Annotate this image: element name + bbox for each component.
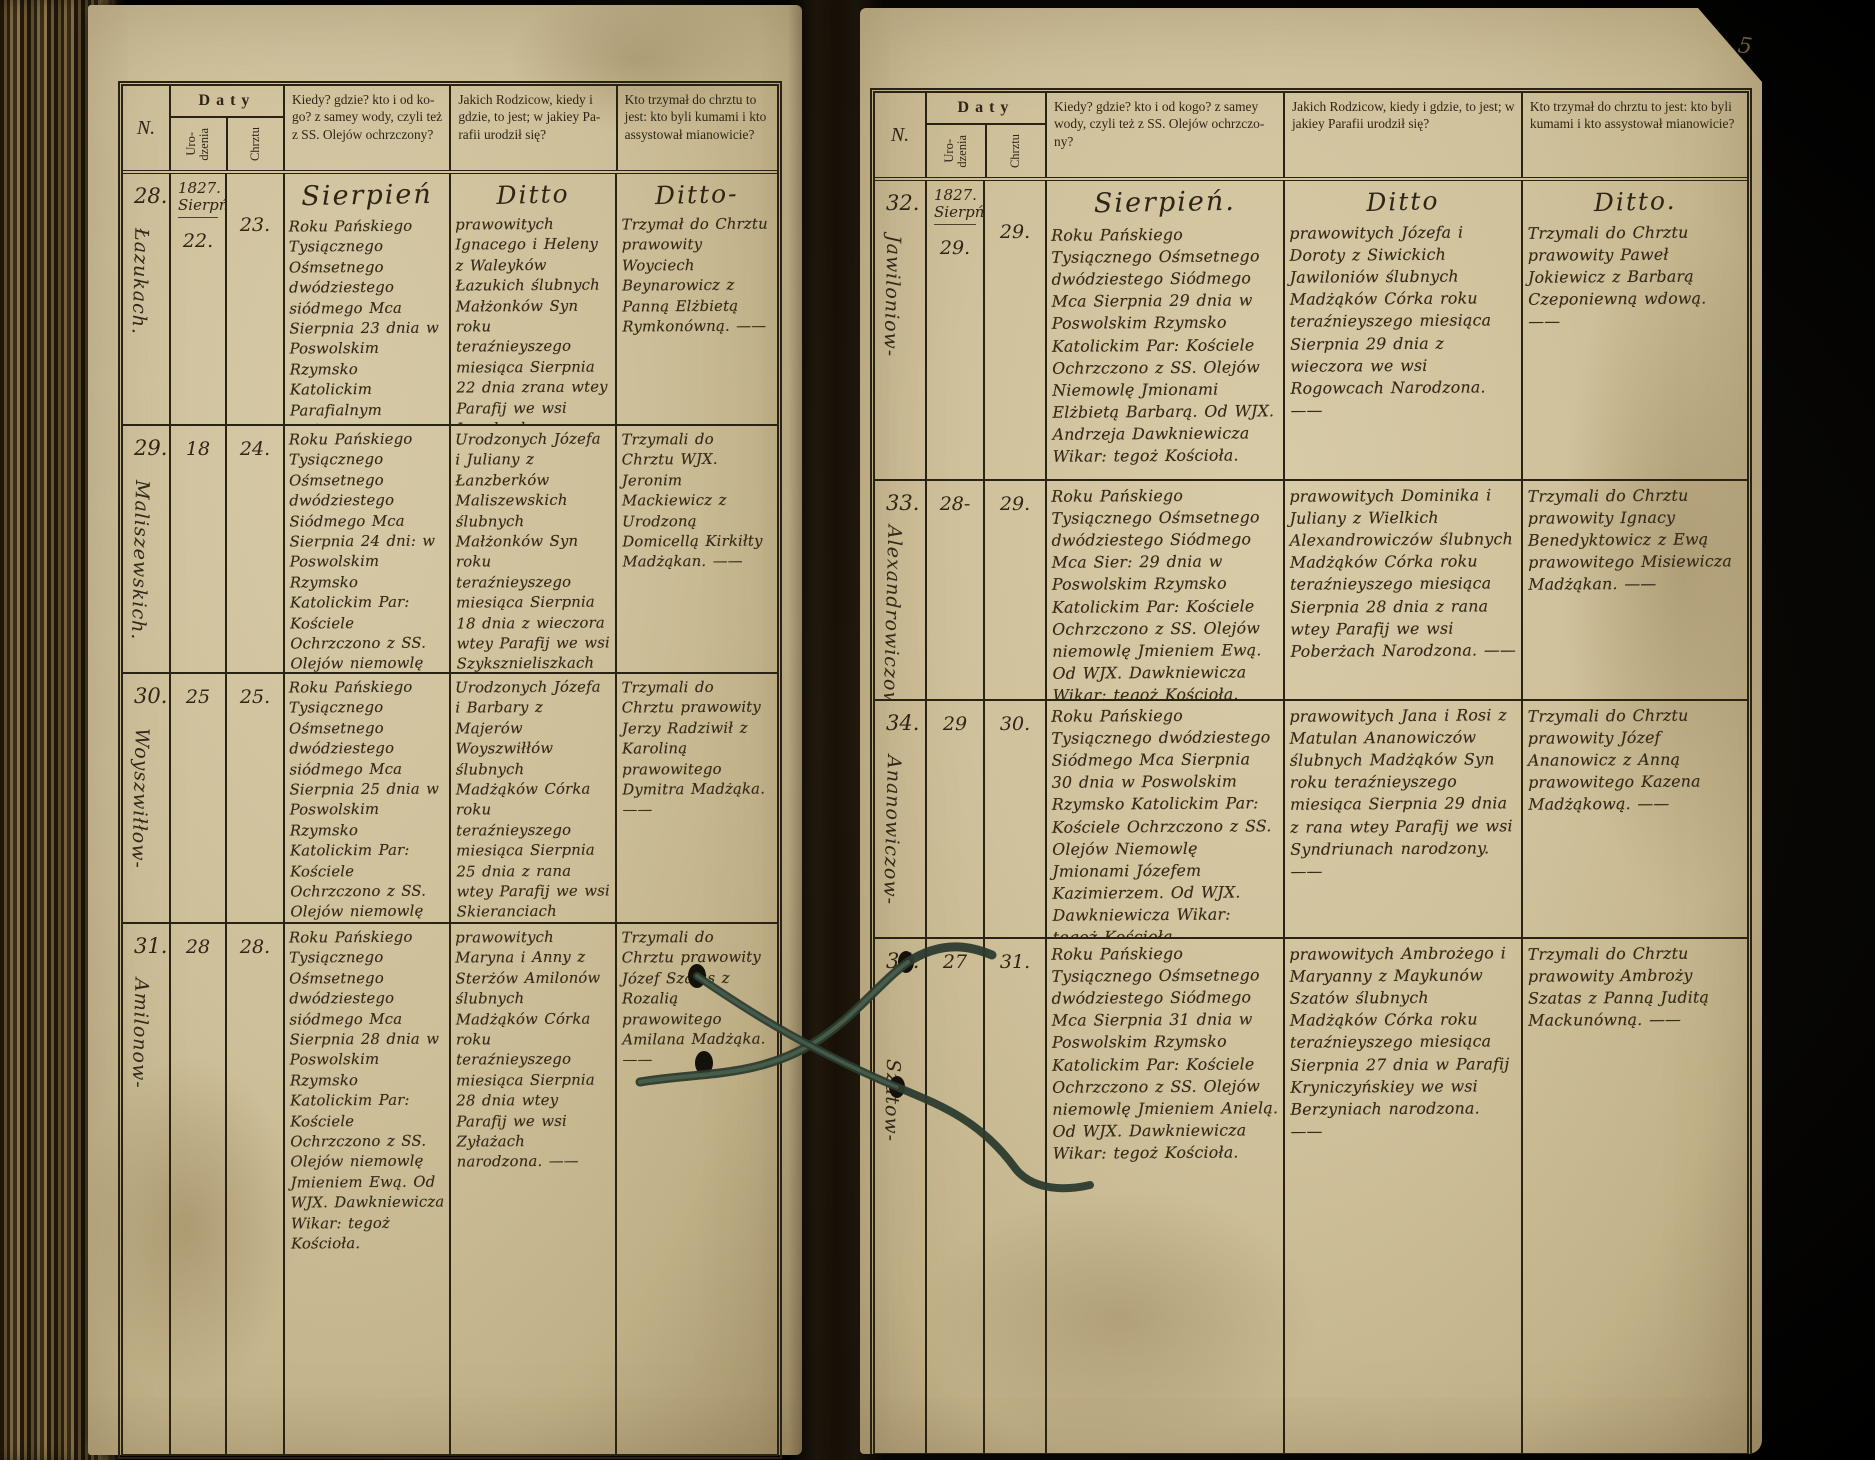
- sponsors-record: Trzymali do Chrztu prawowity Józef Szała…: [622, 927, 773, 1071]
- margin-surname: Woyszwiłłow-: [127, 728, 153, 869]
- baptism-day: 25.: [232, 678, 278, 708]
- header-godparents: Kto trzymał do chrztu to jest: kto byli …: [1523, 93, 1747, 135]
- entry-number: 33.: [880, 485, 920, 515]
- birth-day: 29: [932, 705, 978, 735]
- month-title: Sierpień.: [1052, 183, 1278, 226]
- header-godparents: Kto trzymał do chrztu to jest: kto byli …: [618, 86, 777, 145]
- birth-day: 22.: [176, 222, 220, 252]
- margin-surname: Ananowiczow-: [879, 755, 905, 906]
- left-page: N. Daty Uro- dzenia Chrztu Kiedy? gdzie?…: [88, 5, 802, 1455]
- header-born: Uro- dzenia: [943, 135, 969, 168]
- header-born: Uro- dzenia: [185, 128, 211, 161]
- sponsors-record: Trzymali do Chrztu prawowity Ambroży Sza…: [1527, 942, 1742, 1032]
- birth-record: Urodzonych Józefa i Barbary z Majerów Wo…: [455, 677, 611, 922]
- header-parents: Jakich Rodzicow, kiedy i gdzie, to jest;…: [451, 86, 615, 145]
- right-page: N. Daty Uro- dzenia Chrztu Kiedy? gdzie?…: [860, 8, 1762, 1454]
- margin-surname: Szatow-: [880, 1059, 904, 1143]
- scanned-register-photo: N. Daty Uro- dzenia Chrztu Kiedy? gdzie?…: [0, 0, 1875, 1460]
- header-n: N.: [123, 86, 169, 170]
- header-daty: Daty: [927, 93, 1045, 125]
- entry-number: 35.: [880, 943, 920, 973]
- baptism-day: 29.: [990, 185, 1040, 243]
- birth-record: prawowitych Ambrożego i Maryanny z Mayku…: [1289, 942, 1516, 1143]
- baptism-record: Roku Pańskiego Tysiącznego Ośmsetnego dw…: [289, 677, 446, 922]
- entry-row-31: 31. Amilonow- 28 28. Roku Pańskiego Tysi…: [123, 924, 777, 1454]
- entry-row-29: 29. Maliszewskich. 18 24. Roku Pańskiego…: [123, 426, 777, 674]
- table-header: N. Daty Uro- dzenia Chrztu Kiedy? gdzie?…: [123, 86, 777, 174]
- margin-surname: Jawiloniow-: [879, 235, 904, 358]
- entry-row-33: 33. Alexandrowiczow- 28- 29. Roku Pański…: [875, 481, 1747, 701]
- month-title: Sierpień: [290, 177, 445, 219]
- birth-day: 29.: [932, 229, 978, 259]
- baptism-record: Roku Pańskiego Tysiącznego dwódziestego …: [1051, 704, 1278, 937]
- sponsors-record: Trzymali do Chrztu prawowity Paweł Jokie…: [1527, 221, 1742, 333]
- birth-record: prawowitych Józefa i Doroty z Siwickich …: [1289, 221, 1516, 422]
- sponsors-record: Trzymali do Chrztu prawowity Ignacy Bene…: [1527, 484, 1742, 596]
- birth-day: 28-: [932, 485, 978, 515]
- baptism-day: 24.: [232, 430, 278, 460]
- ditto-label: Ditto.: [1527, 182, 1742, 225]
- baptism-record: Roku Pańskiego Tysiącznego Ośmsetnego dw…: [1051, 223, 1278, 468]
- entry-row-30: 30. Woyszwiłłow- 25 25. Roku Pańskiego T…: [123, 674, 777, 924]
- entry-number: 34.: [880, 705, 920, 735]
- baptism-record: Roku Pańskiego Tysiącznego Ośmsetnego dw…: [289, 216, 446, 424]
- baptism-record: Roku Pańskiego Tysiącznego Ośmsetnego dw…: [1051, 484, 1278, 699]
- register-table-left: N. Daty Uro- dzenia Chrztu Kiedy? gdzie?…: [118, 81, 782, 1459]
- entry-row-34: 34. Ananowiczow- 29 30. Roku Pańskiego T…: [875, 701, 1747, 939]
- birth-record: Urodzonych Józefa i Juliany z Łanzberków…: [455, 429, 611, 672]
- entry-row-32: 32. Jawiloniow- 1827.Sierpń. 29. 29. Sie…: [875, 181, 1747, 481]
- table-header: N. Daty Uro- dzenia Chrztu Kiedy? gdzie?…: [875, 93, 1747, 181]
- margin-surname: Łazukach.: [128, 228, 153, 336]
- birth-day: 28: [176, 928, 220, 958]
- baptism-day: 28.: [232, 928, 278, 958]
- baptism-record: Roku Pańskiego Tysiącznego Ośmsetnego dw…: [289, 927, 445, 1255]
- margin-surname: Amilonow-: [128, 978, 153, 1089]
- header-baptized: Chrztu: [249, 127, 262, 161]
- birth-day: 27: [932, 943, 978, 973]
- baptism-day: 31.: [990, 943, 1040, 973]
- header-when-where: Kiedy? gdzie? kto i od ko­go? z samey wo…: [285, 86, 449, 145]
- entry-number: 28.: [128, 178, 164, 208]
- register-table-right: N. Daty Uro- dzenia Chrztu Kiedy? gdzie?…: [870, 88, 1752, 1458]
- entry-number: 30.: [128, 678, 164, 708]
- ditto-label: Ditto: [456, 176, 611, 217]
- entry-number: 32.: [880, 185, 920, 215]
- baptism-day: 23.: [232, 178, 278, 236]
- birth-record: prawowitych Ignacego i Heleny z Waleyków…: [455, 214, 611, 424]
- sponsors-record: Trzymali do Chrztu WJX. Jeronim Mackiewi…: [622, 429, 773, 573]
- ditto-label: Ditto-: [622, 176, 772, 217]
- year-label: 1827.Sierpń.: [934, 187, 976, 225]
- entry-row-28: 28. Łazukach. 1827.Sierpń. 22. 23. Sierp…: [123, 174, 777, 426]
- header-n: N.: [875, 93, 925, 177]
- birth-day: 18: [176, 430, 220, 460]
- sponsors-record: Trzymali do Chrztu prawowity Jerzy Radzi…: [622, 677, 773, 821]
- margin-surname: Maliszewskich.: [127, 480, 153, 641]
- sponsors-record: Trzymał do Chrztu prawowity Woyciech Bey…: [622, 214, 772, 337]
- margin-surname: Alexandrowiczow-: [879, 525, 906, 699]
- birth-record: prawowitych Jana i Rosi z Matulan Ananow…: [1289, 704, 1516, 882]
- year-label: 1827.Sierpń.: [178, 180, 218, 218]
- header-parents: Jakich Rodzicow, kiedy i gdzie, to jest;…: [1285, 93, 1521, 135]
- ditto-label: Ditto: [1289, 182, 1516, 225]
- entry-row-35: 35. Szatow- 27 31. Roku Pańskiego Tysiąc…: [875, 939, 1747, 1453]
- entry-number: 31.: [128, 928, 164, 958]
- birth-record: prawowitych Dominika i Juliany z Wielkic…: [1289, 484, 1516, 662]
- folio-page-number: 5: [1736, 33, 1753, 60]
- header-daty: Daty: [171, 86, 283, 118]
- header-baptized: Chrztu: [1009, 134, 1022, 168]
- baptism-day: 30.: [990, 705, 1040, 735]
- baptism-record: Roku Pańskiego Tysiącznego Ośmsetnego dw…: [1051, 942, 1278, 1165]
- header-when-where: Kiedy? gdzie? kto i od ko­go? z samey wo…: [1047, 93, 1283, 152]
- entry-number: 29.: [128, 430, 164, 460]
- birth-record: prawowitych Maryna i Anny z Sterżów Amil…: [455, 927, 611, 1173]
- sponsors-record: Trzymali do Chrztu prawowity Józef Anano…: [1527, 704, 1742, 816]
- birth-day: 25: [176, 678, 220, 708]
- baptism-record: Roku Pańskiego Tysiącznego Ośmsetnego dw…: [289, 429, 446, 672]
- baptism-day: 29.: [990, 485, 1040, 515]
